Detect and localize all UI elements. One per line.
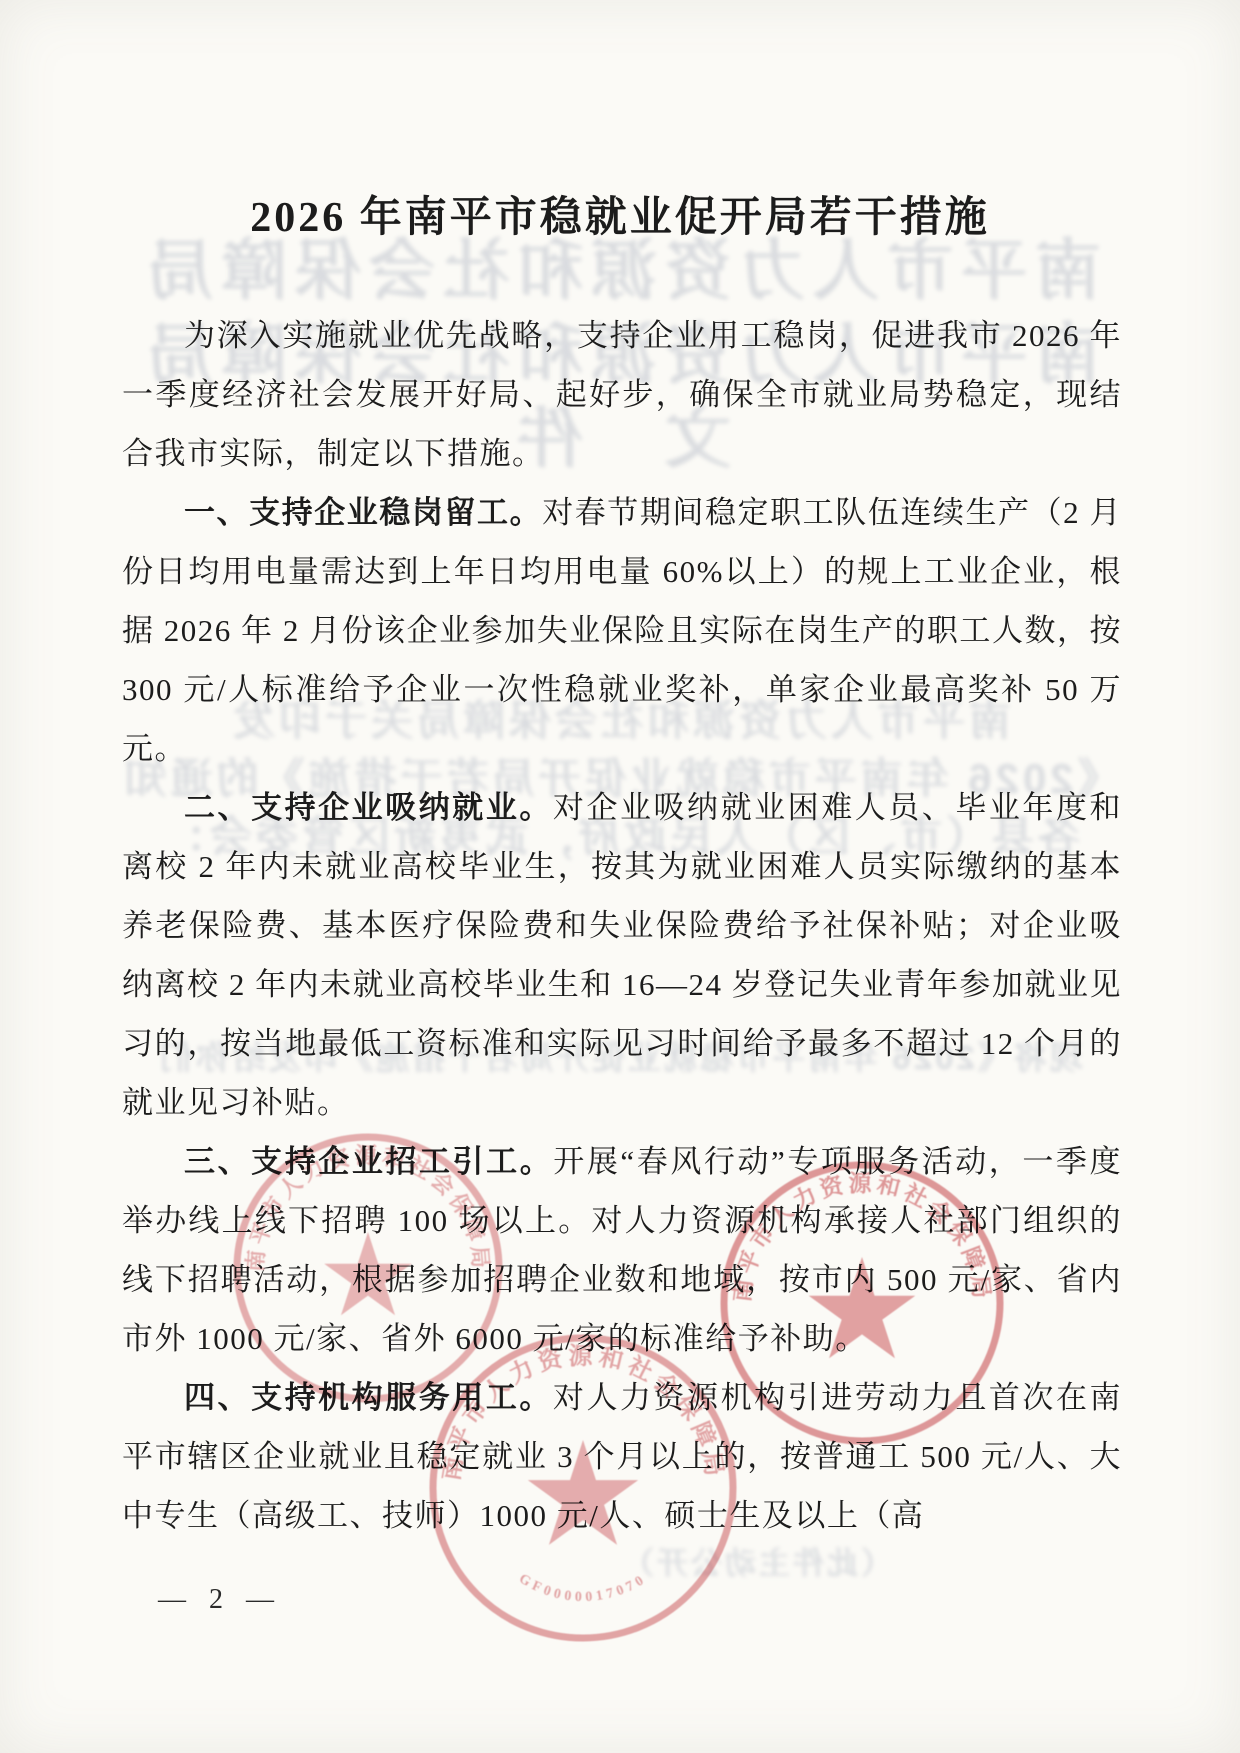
paragraph-lead: 三、支持企业招工引工。	[184, 1144, 553, 1179]
paragraph-measure-1: 一、支持企业稳岗留工。对春节期间稳定职工队伍连续生产（2 月份日均用电量需达到上…	[122, 483, 1122, 778]
paragraph-intro: 为深入实施就业优先战略，支持企业用工稳岗，促进我市 2026 年一季度经济社会发…	[122, 306, 1122, 483]
paragraph-lead: 二、支持企业吸纳就业。	[184, 790, 553, 825]
paragraph-lead: 四、支持机构服务用工。	[184, 1380, 553, 1415]
scanned-document-page: 南平市人力资源和社会保障局 南平市人力资源和社会保障局 文 件 南平市人力资源和…	[0, 0, 1240, 1753]
seal-code-text: GF0000017070	[516, 1572, 650, 1606]
document-title: 2026 年南平市稳就业促开局若干措施	[0, 184, 1240, 244]
paragraph-measure-4: 四、支持机构服务用工。对人力资源机构引进劳动力且首次在南平市辖区企业就业且稳定就…	[122, 1368, 1122, 1545]
paragraph-lead: 一、支持企业稳岗留工。	[184, 495, 542, 530]
page-number: — 2 —	[158, 1584, 282, 1616]
paragraph-text: 对春节期间稳定职工队伍连续生产（2 月份日均用电量需达到上年日均用电量 60%以…	[122, 495, 1122, 766]
document-body: 为深入实施就业优先战略，支持企业用工稳岗，促进我市 2026 年一季度经济社会发…	[122, 306, 1122, 1545]
paragraph-measure-3: 三、支持企业招工引工。开展“春风行动”专项服务活动，一季度举办线上线下招聘 10…	[122, 1132, 1122, 1368]
paragraph-measure-2: 二、支持企业吸纳就业。对企业吸纳就业困难人员、毕业年度和离校 2 年内未就业高校…	[122, 778, 1122, 1132]
paragraph-text: 对企业吸纳就业困难人员、毕业年度和离校 2 年内未就业高校毕业生，按其为就业困难…	[122, 790, 1122, 1120]
paragraph-text: 为深入实施就业优先战略，支持企业用工稳岗，促进我市 2026 年一季度经济社会发…	[122, 318, 1122, 471]
